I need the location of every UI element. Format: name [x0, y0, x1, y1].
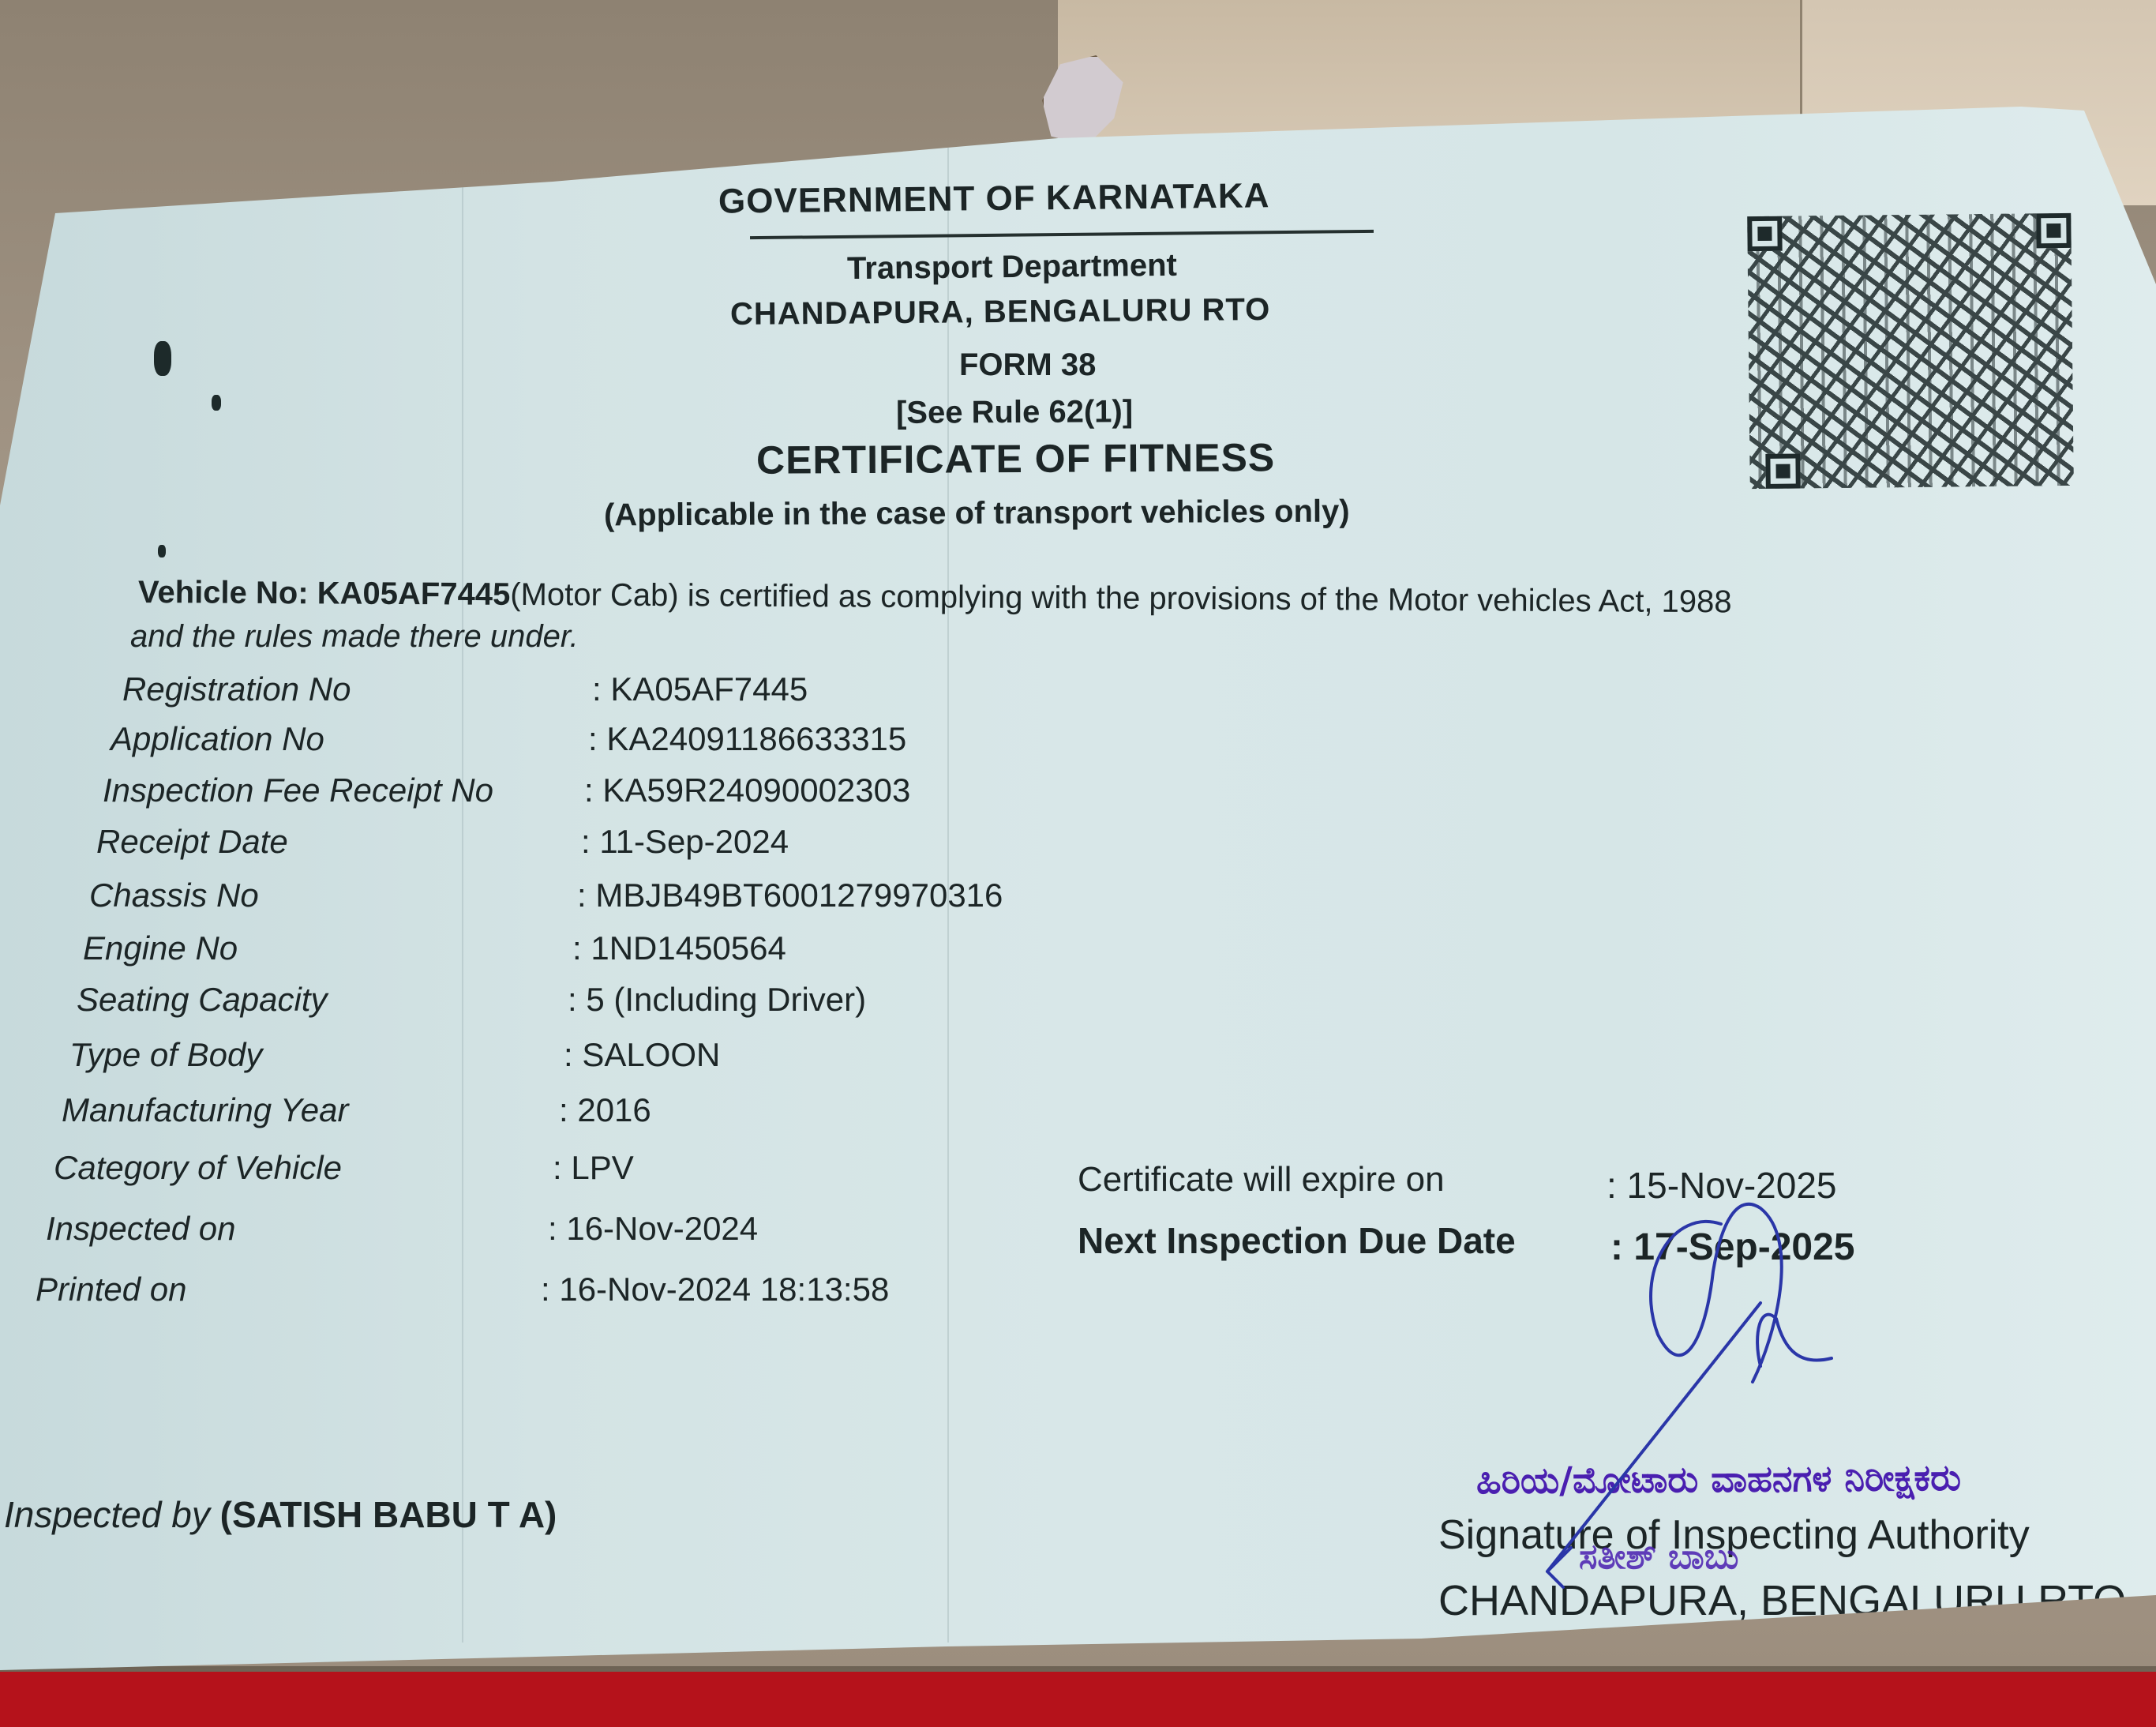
certificate-title: CERTIFICATE OF FITNESS [756, 437, 1275, 479]
field-label: Manufacturing Year [62, 1094, 348, 1127]
field-label: Registration No [122, 673, 351, 706]
field-value: : 5 (Including Driver) [568, 983, 866, 1016]
field-label: Inspection Fee Receipt No [103, 774, 493, 807]
header-rule-reference: [See Rule 62(1)] [896, 396, 1133, 429]
certification-statement-cont: and the rules made there under. [130, 621, 579, 652]
vehicle-number: Vehicle No: KA05AF7445 [138, 575, 511, 612]
applicability-note: (Applicable in the case of transport veh… [604, 496, 1350, 531]
certification-statement: Vehicle No: KA05AF7445(Motor Cab) is cer… [138, 576, 1732, 618]
paper-fold [462, 142, 463, 1643]
field-value: : 1ND1450564 [572, 932, 786, 965]
inspected-by: Inspected by (SATISH BABU T A) [4, 1496, 557, 1533]
field-value: : SALOON [564, 1038, 720, 1072]
qr-finder-pattern [1765, 453, 1800, 488]
signature-office: CHANDAPURA, BENGALURU RTO [1438, 1579, 2126, 1622]
field-label: Engine No [83, 932, 238, 965]
next-inspection-label: Next Inspection Due Date [1078, 1222, 1516, 1259]
inspector-name: (SATISH BABU T A) [220, 1494, 557, 1535]
field-value: : 2016 [559, 1094, 651, 1127]
certificate-paper: GOVERNMENT OF KARNATAKA Transport Depart… [0, 0, 2156, 1727]
official-stamp-name: ಸತೀಶ್ ಬಾಬು [1579, 1540, 1738, 1575]
header-government: GOVERNMENT OF KARNATAKA [718, 178, 1270, 219]
next-inspection-value: : 17-Sep-2025 [1610, 1229, 1855, 1267]
statement-text: (Motor Cab) is certified as complying wi… [510, 577, 1732, 619]
field-label: Receipt Date [96, 825, 288, 858]
qr-finder-pattern [2036, 213, 2071, 248]
expiry-label: Certificate will expire on [1078, 1162, 1445, 1197]
field-value: : 16-Nov-2024 18:13:58 [541, 1273, 889, 1306]
ink-smudge [154, 341, 171, 376]
field-label: Category of Vehicle [54, 1151, 342, 1184]
field-label: Printed on [36, 1273, 186, 1306]
field-label: Application No [111, 723, 324, 756]
field-value: : KA59R24090002303 [584, 774, 910, 807]
field-value: : MBJB49BT6001279970316 [577, 879, 1003, 912]
qr-code-icon [1747, 213, 2074, 489]
field-value: : 16-Nov-2024 [548, 1212, 758, 1245]
header-form-number: FORM 38 [959, 349, 1096, 381]
field-label: Inspected on [46, 1212, 236, 1245]
expiry-value: : 15-Nov-2025 [1607, 1167, 1837, 1203]
header-department: Transport Department [847, 250, 1177, 284]
qr-finder-pattern [1747, 216, 1782, 251]
field-label: Type of Body [69, 1038, 262, 1072]
ink-smudge [212, 395, 221, 411]
field-value: : 11-Sep-2024 [581, 825, 789, 858]
header-office: CHANDAPURA, BENGALURU RTO [730, 294, 1271, 330]
field-label: Chassis No [89, 879, 259, 912]
qr-code-modules [1747, 213, 2074, 489]
header-divider [750, 230, 1374, 239]
field-value: : LPV [553, 1151, 634, 1184]
official-stamp-designation: ಹಿರಿಯ/ಮೋಟಾರು ವಾಹನಗಳ ನಿರೀಕ್ಷಕರು [1476, 1459, 1961, 1499]
background-red-cloth [0, 1672, 2156, 1727]
ink-smudge [158, 545, 166, 558]
inspected-by-label: Inspected by [4, 1494, 210, 1535]
field-value: : KA24091186633315 [588, 723, 906, 756]
field-label: Seating Capacity [77, 983, 328, 1016]
field-value: : KA05AF7445 [592, 673, 808, 706]
